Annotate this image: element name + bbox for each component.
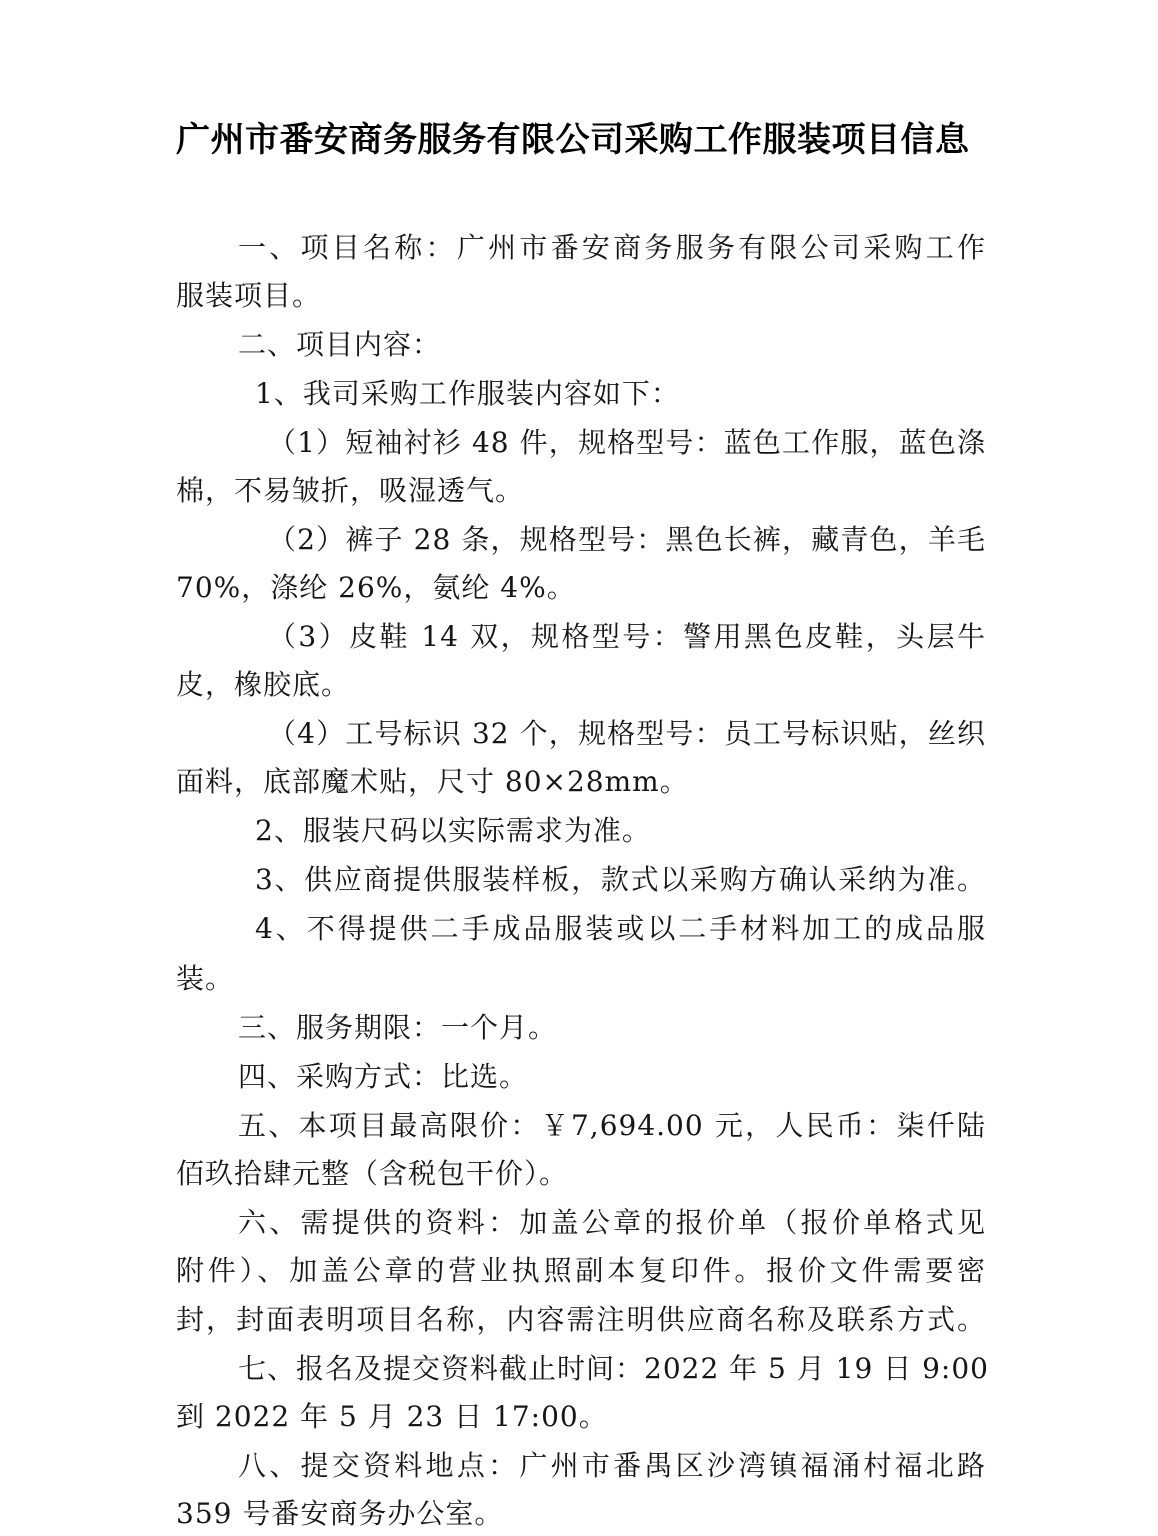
- item-1-1-shirts: （1）短袖衬衫 48 件，规格型号：蓝色工作服，蓝色涤: [268, 419, 986, 467]
- section-6-required-docs-cont-1: 附件）、加盖公章的营业执照副本复印件。报价文件需要密: [176, 1247, 986, 1295]
- section-2-heading: 二、项目内容：: [238, 321, 986, 369]
- section-3-service-period: 三、服务期限：一个月。: [238, 1004, 986, 1052]
- item-1-1-shirts-cont: 棉，不易皱折，吸湿透气。: [176, 467, 986, 515]
- section-4-procurement-method: 四、采购方式：比选。: [238, 1053, 986, 1101]
- item-4-no-second-hand: 4、不得提供二手成品服装或以二手材料加工的成品服: [255, 905, 986, 953]
- section-7-deadline: 七、报名及提交资料截止时间：2022 年 5 月 19 日 9:00: [238, 1345, 986, 1393]
- item-3-samples: 3、供应商提供服装样板，款式以采购方确认采纳为准。: [255, 856, 986, 904]
- section-6-required-docs-cont-2: 封，封面表明项目名称，内容需注明供应商名称及联系方式。: [176, 1296, 986, 1344]
- item-1-2-trousers-cont: 70%，涤纶 26%，氨纶 4%。: [176, 564, 986, 612]
- item-2-sizes: 2、服装尺码以实际需求为准。: [255, 807, 986, 855]
- section-8-submission-address-cont: 359 号番安商务办公室。: [176, 1490, 986, 1536]
- section-1-project-name: 一、项目名称：广州市番安商务服务有限公司采购工作: [238, 224, 986, 272]
- item-1-heading: 1、我司采购工作服装内容如下：: [255, 370, 986, 418]
- section-8-submission-address: 八、提交资料地点：广州市番禺区沙湾镇福涌村福北路: [238, 1442, 986, 1490]
- item-1-3-shoes: （3）皮鞋 14 双，规格型号：警用黑色皮鞋，头层牛: [268, 613, 986, 661]
- section-6-required-docs: 六、需提供的资料：加盖公章的报价单（报价单格式见: [238, 1199, 986, 1247]
- document-page: 广州市番安商务服务有限公司采购工作服装项目信息 一、项目名称：广州市番安商务服务…: [0, 0, 1158, 1536]
- section-1-project-name-cont: 服装项目。: [176, 272, 986, 320]
- item-1-4-badges-cont: 面料，底部魔术贴，尺寸 80×28mm。: [176, 758, 986, 806]
- item-1-2-trousers: （2）裤子 28 条，规格型号：黑色长裤，藏青色，羊毛: [268, 516, 986, 564]
- document-title: 广州市番安商务服务有限公司采购工作服装项目信息: [176, 112, 986, 168]
- item-1-4-badges: （4）工号标识 32 个，规格型号：员工号标识贴，丝织: [268, 710, 986, 758]
- section-5-max-price-cont: 佰玖拾肆元整（含税包干价）。: [176, 1150, 986, 1198]
- item-4-no-second-hand-cont: 装。: [176, 955, 986, 1003]
- section-7-deadline-cont: 到 2022 年 5 月 23 日 17:00。: [176, 1393, 986, 1441]
- item-1-3-shoes-cont: 皮，橡胶底。: [176, 661, 986, 709]
- section-5-max-price: 五、本项目最高限价：￥7,694.00 元，人民币：柒仟陆: [238, 1102, 986, 1150]
